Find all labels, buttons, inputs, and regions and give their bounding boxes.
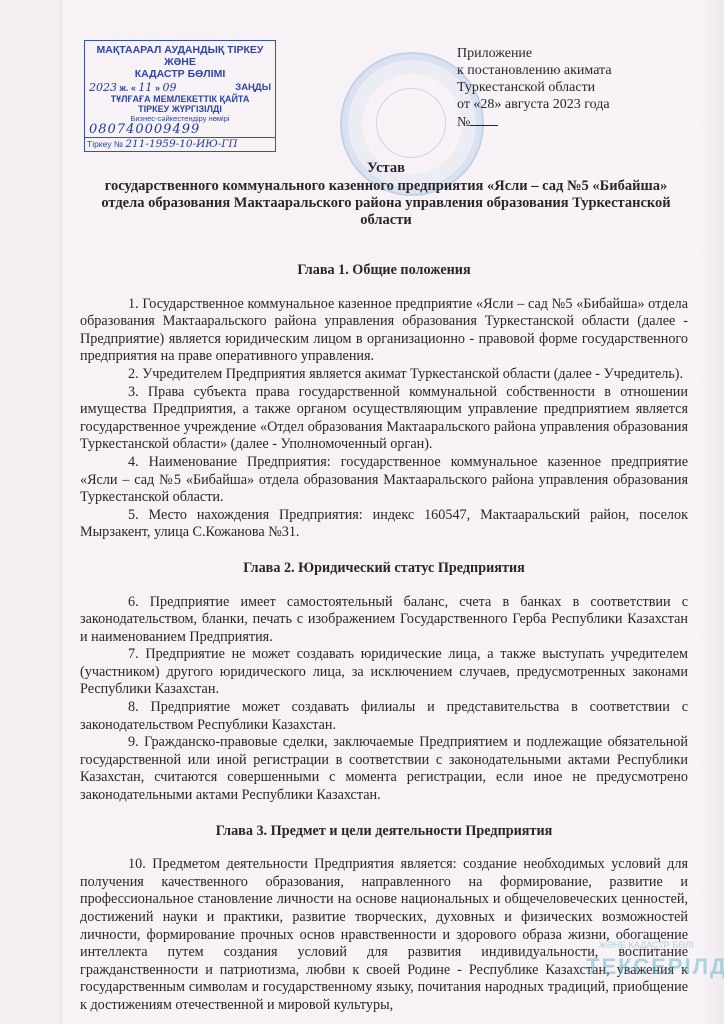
paragraph-9: 9. Гражданско-правовые сделки, заключаем… (80, 734, 688, 804)
document-body: Глава 1. Общие положения 1. Государствен… (80, 262, 688, 1015)
verification-stamp-small: ЖӘНЕ КАДАСТР БӨЛІ (586, 940, 706, 950)
verification-stamp-big: ТЕКСЕРІЛДІ (586, 954, 706, 980)
stamp-bin-number: 080740009499 (85, 123, 275, 137)
appendix-line-4: от «28» августа 2023 года (457, 96, 612, 113)
paragraph-8: 8. Предприятие может создавать филиалы и… (80, 699, 688, 734)
appendix-line-1: Приложение (457, 45, 612, 62)
document-page: МАҚТААРАЛ АУДАНДЫҚ ТІРКЕУ ЖӘНЕ КАДАСТР Б… (0, 0, 724, 1024)
title-line-1: государственного коммунального казенного… (96, 178, 676, 195)
title-heading: Устав (96, 160, 676, 177)
stamp-day: 11 (138, 81, 152, 94)
stamp-line-4: ТІРКЕУ ЖҮРГІЗІЛДІ (85, 104, 275, 114)
appendix-line-2: к постановлению акимата (457, 62, 612, 79)
appendix-number: № (457, 113, 612, 131)
appendix-number-blank (470, 113, 498, 126)
stamp-reg-label: Тіркеу № (87, 139, 123, 149)
title-line-3: области (96, 212, 676, 229)
stamp-line-2: КАДАСТР БӨЛІМІ (85, 68, 275, 80)
title-line-2: отдела образования Мактааральского район… (96, 195, 676, 212)
paragraph-3: 3. Права субъекта права государственной … (80, 384, 688, 454)
stamp-year: 2023 (89, 81, 117, 94)
seal-emblem (376, 88, 446, 158)
stamp-line-1: МАҚТААРАЛ АУДАНДЫҚ ТІРКЕУ ЖӘНЕ (85, 44, 275, 68)
stamp-zandy: ЗАҢДЫ (235, 82, 275, 94)
chapter-1-title: Глава 1. Общие положения (80, 262, 688, 280)
chapter-2-title: Глава 2. Юридический статус Предприятия (80, 560, 688, 578)
paragraph-6: 6. Предприятие имеет самостоятельный бал… (80, 594, 688, 647)
stamp-date: 2023 ж. « 11 » 09 ЗАҢДЫ (85, 82, 275, 94)
paragraph-1: 1. Государственное коммунальное казенное… (80, 296, 688, 366)
paragraph-2: 2. Учредителем Предприятия является аким… (80, 366, 688, 384)
stamp-line-3: ТҰЛҒАҒА МЕМЛЕКЕТТІК ҚАЙТА (85, 94, 275, 104)
stamp-zh-label: ж. « (120, 83, 136, 93)
stamp-close-quote: » (155, 83, 160, 93)
chapter-3-title: Глава 3. Предмет и цели деятельности Пре… (80, 823, 688, 841)
document-title: Устав государственного коммунального каз… (96, 160, 676, 229)
appendix-number-label: № (457, 114, 470, 131)
registration-stamp: МАҚТААРАЛ АУДАНДЫҚ ТІРКЕУ ЖӘНЕ КАДАСТР Б… (84, 40, 276, 152)
paragraph-7: 7. Предприятие не может создавать юридич… (80, 646, 688, 699)
appendix-note: Приложение к постановлению акимата Турке… (457, 45, 612, 131)
stamp-month: 09 (162, 81, 176, 94)
verification-stamp: ЖӘНЕ КАДАСТР БӨЛІ ТЕКСЕРІЛДІ (586, 940, 706, 1000)
paragraph-4: 4. Наименование Предприятия: государстве… (80, 454, 688, 507)
paragraph-5: 5. Место нахождения Предприятия: индекс … (80, 507, 688, 542)
appendix-line-3: Туркестанской области (457, 79, 612, 96)
stamp-reg-value: 211-1959-10-ИЮ-ГП (125, 138, 237, 150)
stamp-registration-number: Тіркеу № 211-1959-10-ИЮ-ГП (85, 137, 275, 150)
